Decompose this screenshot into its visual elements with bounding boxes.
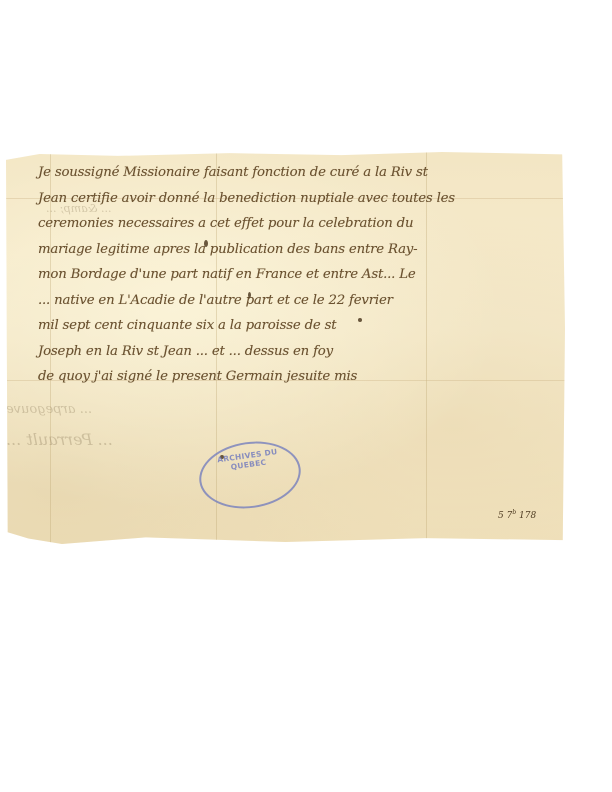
handwritten-text: Je soussigné Missionaire faisant fonctio…	[38, 160, 558, 390]
text-line: mariage legitime apres la publication de…	[38, 237, 558, 263]
archive-number-suffix: 178	[519, 511, 536, 521]
text-line: Jean certifie avoir donné la benediction…	[38, 186, 558, 212]
text-line: Joseph en la Riv st Jean ... et ... dess…	[38, 339, 558, 365]
text-line: mil sept cent cinquante six a la paroiss…	[38, 313, 558, 339]
text-line: ceremonies necessaires a cet effet pour …	[38, 211, 558, 237]
ink-blot	[204, 240, 208, 247]
stamp-label: ARCHIVES DU QUEBEC	[198, 444, 298, 475]
document-paper: ... &amp; ... ... arpegouve ... Perrault…	[6, 152, 565, 544]
ink-blot	[358, 318, 362, 322]
ink-blot	[248, 292, 251, 298]
text-line: mon Bordage d'une part natif en France e…	[38, 262, 558, 288]
text-line: ... native en L'Acadie de l'autre part e…	[38, 288, 558, 314]
archive-number: 5 7b 178	[498, 509, 536, 521]
archive-number-sup: b	[512, 509, 516, 516]
text-line: Je soussigné Missionaire faisant fonctio…	[38, 160, 558, 186]
archive-number-prefix: 5 7	[498, 511, 512, 521]
bleed-through-text: ... Perrault ...	[6, 430, 113, 449]
signature-line: de quoy j'ai signé le present Germain je…	[38, 364, 558, 390]
bleed-through-text: ... arpegouve	[6, 402, 92, 417]
archives-stamp: ARCHIVES DU QUEBEC	[195, 435, 305, 515]
